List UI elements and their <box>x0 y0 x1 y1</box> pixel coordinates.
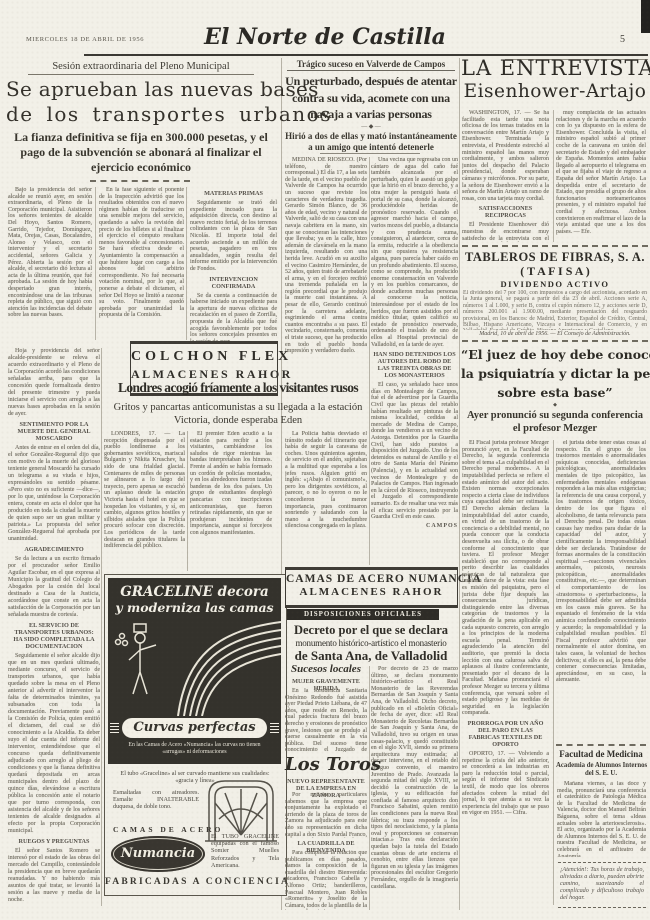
column-rule <box>95 187 96 340</box>
ornament-diamond: ◆ <box>461 402 649 408</box>
toros-p2: Para completar la relación que publicamo… <box>285 850 367 910</box>
body-text: Antes de entrar en el orden del día, el … <box>8 445 100 543</box>
body-text: El Fiscal jurista profesor Mezger pronun… <box>462 440 549 717</box>
ad-line1: COLCHON FLEX <box>131 349 277 365</box>
entrevista-column-1: WASHINGTON, 17. — Se ha facilitado esta … <box>462 110 549 242</box>
divider-squiggle <box>462 245 648 247</box>
tafisa-headline: TABLEROS DE FIBRAS, S. A. <box>461 250 649 265</box>
mezger-column-1: El Fiscal jurista profesor Mezger pronun… <box>462 440 549 906</box>
column-rule <box>101 348 102 906</box>
body-text: En la fase siguiente el ponente de la In… <box>99 187 184 319</box>
lead-column-2: En la fase siguiente el ponente de la In… <box>99 187 184 342</box>
banner-hatch-right <box>270 723 279 733</box>
curvas-banner: Curvas perfectas <box>122 718 267 738</box>
body-text: Hoja y providencia del señor alcalde-pre… <box>8 348 100 418</box>
decreto-headline-1: Decreto por el que se declara <box>283 623 459 638</box>
valverde-headline: Un perturbado, después de atentar contra… <box>281 73 461 123</box>
subhead: SENTIMIENTO POR LA MUERTE DEL GENERAL MO… <box>9 421 99 442</box>
entrevista-column-2: muy complacida de las actuales relacione… <box>556 110 646 242</box>
numancia-logo: Numancia <box>111 836 205 872</box>
lead-headline-line2: de los transportes urbanos <box>6 102 278 126</box>
newspaper-page: MIERCOLES 18 DE ABRIL DE 1956 El Norte d… <box>0 0 650 920</box>
ornament-diamond: — ◆ — <box>345 123 397 130</box>
quote-headline-2: la psiquiatría y dictar la pena <box>461 366 649 381</box>
valverde-column-2: Una vecina que regresaba con un cántaro … <box>371 157 458 567</box>
facultad-sub-1: Academia de Alumnos Internos <box>556 762 646 769</box>
mezger-deck-2: el profesor Mezger <box>461 423 649 434</box>
body-text: Para completar la relación que publicamo… <box>285 850 367 910</box>
decreto-headline-3: de Santa Ana, de Valladolid <box>283 648 459 664</box>
body-text: Por decreto de 23 de marzo último, se de… <box>371 666 458 890</box>
graceline-enamel-text: Esmaltadas con aireadores. Esmalte INALT… <box>113 789 199 811</box>
column-rule <box>369 157 370 565</box>
graceline-tube2-text: El TUBO GRACELINE equipadas con el famos… <box>211 833 279 869</box>
valverde-deck: Hirió a dos de ellas y mató instantáneam… <box>285 131 457 152</box>
correspondent-signoff: CAMPOS <box>371 523 458 529</box>
graceline-headline-1: GRACELINE decora <box>108 584 281 600</box>
page-number: 5 <box>620 34 625 45</box>
facultad-body: Mañana viernes, a las doce y media, pron… <box>557 781 646 857</box>
sucesos-body: En la Residencia Sanitaria Onésimo Redon… <box>285 688 367 752</box>
body-text: El Presidente Eisenhower dió muestras de… <box>462 222 549 242</box>
toros-p1: Por noticias particulares sabemos que la… <box>285 792 367 838</box>
man-figure-icon <box>116 624 157 694</box>
decreto-body-column: Por decreto de 23 de marzo último, se de… <box>371 666 458 912</box>
toros-heading: Los Toros <box>285 754 367 775</box>
body-text: Bajo la presidencia del señor alcalde se… <box>8 187 92 319</box>
body-text: muy complacida de las actuales relacione… <box>556 110 646 235</box>
body-text: El premier Eden acudió a la estación par… <box>190 431 272 537</box>
facultad-heading: Facultad de Medicina <box>556 749 646 759</box>
london-column-1: LONDRES, 17. — La recepción dispensada p… <box>104 431 185 571</box>
lead-deck: La fianza definitiva se fija en 300.000 … <box>10 130 272 175</box>
valverde-kicker: Trágico suceso en Valverde de Campos <box>287 59 455 71</box>
camas-label: CAMAS DE ACERO <box>113 825 223 834</box>
graceline-headline-2: y moderniza las camas <box>108 600 281 615</box>
bed-tubes-illustration <box>108 616 281 716</box>
column-rule <box>459 58 460 910</box>
divider-squiggle <box>90 180 190 182</box>
graceline-ad: GRACELINE decora y moderniza las camas <box>104 574 287 896</box>
ad-line1: CAMAS DE ACERO NUMANCIA <box>286 573 457 585</box>
date-line: MIERCOLES 18 DE ABRIL DE 1956 <box>26 36 144 43</box>
body-text: OPORTO, 17. — Volviendo a repetirse la c… <box>462 751 549 817</box>
graceline-caption: En las Camas de Acero «Numancia» las cur… <box>119 742 270 755</box>
subhead: AGRADECIMIENTO <box>9 546 99 553</box>
divider-squiggle <box>556 744 646 746</box>
graceline-footer: FABRICADAS A CONCIENCIA <box>105 877 284 887</box>
disposiciones-label: DISPOSICIONES OFICIALES <box>287 609 439 620</box>
municipal-continuation-column: Hoja y providencia del señor alcalde-pre… <box>8 348 100 908</box>
body-text: La Policía había desviado el tránsito ro… <box>285 431 367 530</box>
body-text: Seguidamente se trató del expediente inc… <box>190 200 277 273</box>
body-text: Mañana viernes, a las doce y media, pron… <box>557 781 646 857</box>
graceline-dark-panel: GRACELINE decora y moderniza las camas <box>108 578 281 764</box>
tafisa-body: El dividendo del 7 por 100, con impuesto… <box>463 290 647 330</box>
body-text: El señor Santos Romero se interesó por e… <box>8 848 100 904</box>
subhead: MATERIAS PRIMAS <box>191 190 276 197</box>
london-column-3: La Policía había desviado el tránsito ro… <box>285 431 367 571</box>
tafisa-dividend-label: DIVIDENDO ACTIVO <box>461 279 649 289</box>
banner-hatch-left <box>110 723 119 733</box>
column-rule <box>553 110 554 242</box>
subhead: INTERVENCION CONFIRMADA <box>191 276 276 290</box>
classified-note: ¡Atención!: Tus horas de trabajo, alivia… <box>558 862 646 908</box>
lead-kicker: Sesión extraordinaria del Pleno Municipa… <box>28 61 254 75</box>
subhead: SATISFACCIONES RECIPROCAS <box>463 205 548 219</box>
mezger-deck-1: Ayer pronunció su segunda conferencia <box>461 410 649 421</box>
london-column-2: El premier Eden acudió a la estación par… <box>190 431 272 571</box>
valverde-column-1: MEDINA DE RIOSECO. (Por teléfono, de nue… <box>285 157 367 379</box>
london-headline: Londres acogió fríamente a los visitante… <box>103 380 373 396</box>
london-deck: Gritos y pancartas anticomunistas a su l… <box>110 401 366 427</box>
body-text: Por noticias particulares sabemos que la… <box>285 792 367 838</box>
body-text: Seguidamente el señor alcalde dijo que e… <box>8 653 100 835</box>
subhead: EL SERVICIO DE TRANSPORTES URBANOS: HA S… <box>9 622 99 650</box>
subhead: RUEGOS Y PREGUNTAS <box>9 838 99 845</box>
body-text: El caso, ya señalado hace unos días en M… <box>371 382 458 520</box>
quote-headline-1: “El juez de hoy debe conocer <box>461 347 649 362</box>
column-rule <box>187 431 188 571</box>
column-rule <box>186 187 187 340</box>
thin-rule <box>320 153 420 154</box>
body-text: LONDRES, 17. — La recepción dispensada p… <box>104 431 185 550</box>
mezger-column-2: el jurista debe tener estas cosas al res… <box>556 440 646 740</box>
masthead: El Norte de Castilla <box>175 24 475 50</box>
quote-headline-3: sobre esta base” <box>461 385 649 400</box>
entrevista-headline-2: Eisenhower-Artajo <box>461 81 649 102</box>
body-text: En la Residencia Sanitaria Onésimo Redon… <box>285 688 367 752</box>
camas-numancia-ad: CAMAS DE ACERO NUMANCIA ALMACENES RAHOR <box>285 567 458 608</box>
tafisa-signoff: Madrid, 10 de abril de 1956. — El Consej… <box>461 331 649 337</box>
subhead: HAN SIDO DETENIDOS LOS AUTORES DEL ROBO … <box>372 351 457 379</box>
lead-column-3: MATERIAS PRIMAS Seguidamente se trató de… <box>190 187 277 342</box>
sucesos-heading: Sucesos locales <box>285 663 367 675</box>
body-text: Una vecina que regresaba con un cántaro … <box>371 157 458 348</box>
lead-column-1: Bajo la presidencia del señor alcalde se… <box>8 187 92 342</box>
decreto-headline-2: monumento histórico-artístico el monaste… <box>283 638 459 648</box>
facultad-sub-2: del S. E. U. <box>556 770 646 777</box>
body-text: el jurista debe tener estas cosas al res… <box>556 440 646 684</box>
column-rule <box>369 666 370 910</box>
scan-artifact <box>641 0 650 33</box>
body-text: MEDINA DE RIOSECO. (Por teléfono, de nue… <box>285 157 367 355</box>
subhead: PRORROGA POR UN AÑO DEL PARO EN LAS FABR… <box>463 720 548 748</box>
body-text: Se da cuenta a continuación de haberse i… <box>190 293 277 342</box>
entrevista-headline-1: LA ENTREVISTA <box>461 56 649 80</box>
column-rule <box>553 440 554 905</box>
ad-line2: ALMACENES RAHOR <box>286 586 457 598</box>
body-text: Se da lectura a un escrito firmado por e… <box>8 556 100 619</box>
lead-headline-line1: Se aprueban las nuevas bases <box>6 77 278 101</box>
body-text: WASHINGTON, 17. — Se ha facilitado esta … <box>462 110 549 202</box>
tafisa-subtitle: ( T A F I S A ) <box>461 264 649 279</box>
divider-squiggle <box>462 340 648 342</box>
